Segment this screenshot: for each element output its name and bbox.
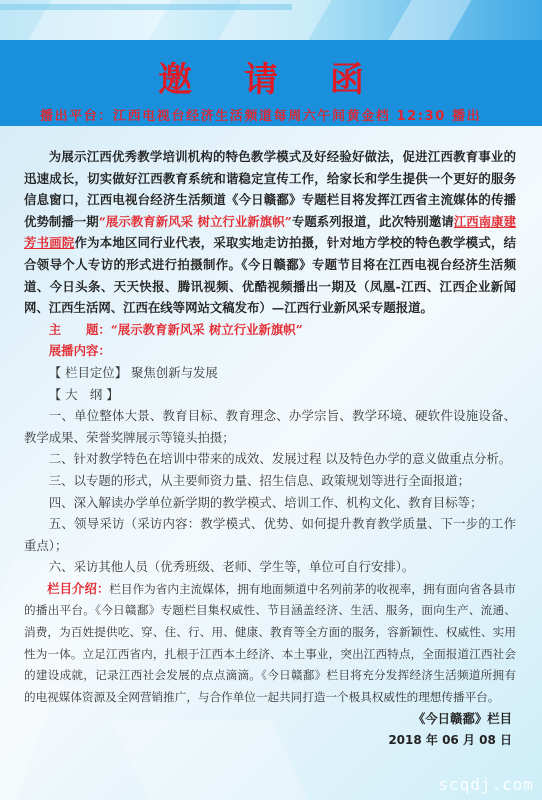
outline-item-2: 二、针对教学特色在培训中带来的成效、发展过程 以及特色办学的意义做重点分析。 xyxy=(24,448,516,470)
outline-item-6: 六、采访其他人员（优秀班级、老师、学生等，单位可自行安排）。 xyxy=(24,556,516,578)
outline-item-5: 五、领导采访（采访内容：教学模式、优势、如何提升教育教学质量、下一步的工作重点）… xyxy=(24,513,516,556)
date: 2018 年 06 月 08 日 xyxy=(24,730,516,752)
header-banner: 邀 请 函 播出平台：江西电视台经济生活频道每周六午间黄金档 12:30 播出 xyxy=(0,40,542,126)
column-intro: 栏目介绍：栏目作为省内主流媒体，拥有地面频道中名列前茅的收视率，拥有面向省各县市… xyxy=(24,578,516,709)
outline-item-4: 四、深入解读办学单位新学期的教学模式、培训工作、机构文化、教育目标等； xyxy=(24,492,516,514)
page-title: 邀 请 函 xyxy=(0,52,542,101)
content-heading: 展播内容： xyxy=(24,340,516,362)
broadcast-platform: 播出平台：江西电视台经济生活频道每周六午间黄金档 12:30 播出 xyxy=(40,105,481,124)
decorative-stripe xyxy=(0,4,292,10)
intro-paragraph: 为展示江西优秀教学培训机构的特色教学模式及好经验好做法，促进江西教育事业的迅速成… xyxy=(24,146,516,319)
theme-label: 主 题： xyxy=(49,322,111,337)
decorative-top-band xyxy=(0,0,542,40)
outline-heading: 【 大 纲 】 xyxy=(24,384,516,406)
column-intro-text: 栏目作为省内主流媒体，拥有地面频道中名列前茅的收视率，拥有面向省各县市的播出平台… xyxy=(24,582,516,704)
outline-item-3: 三、以专题的形式，从主要师资力量、招生信息、政策规划等进行全面报道； xyxy=(24,470,516,492)
intro-text: 作为本地区同行业代表，采取实地走访拍摄，针对地方学校的特色教学模式，结合领导个人… xyxy=(24,235,516,315)
column-intro-label: 栏目介绍： xyxy=(47,581,109,596)
positioning-label: 【 栏目定位】 xyxy=(49,365,127,380)
theme-value: “展示教育新风采 树立行业新旗帜” xyxy=(111,322,303,337)
signature: 《今日赣鄱》栏目 xyxy=(24,708,516,730)
decorative-hexagon xyxy=(388,0,471,40)
positioning-line: 【 栏目定位】 聚焦创新与发展 xyxy=(24,362,516,384)
watermark: scqdj.com xyxy=(438,775,534,794)
outline-item-1: 一、单位整体大景、教育目标、教育理念、办学宗旨、教学环境、硬软件设施设备、教学成… xyxy=(24,405,516,448)
theme-line: 主 题：“展示教育新风采 树立行业新旗帜” xyxy=(24,319,516,341)
positioning-value: 聚焦创新与发展 xyxy=(131,365,218,380)
letter-body: 为展示江西优秀教学培训机构的特色教学模式及好经验好做法，促进江西教育事业的迅速成… xyxy=(24,146,516,752)
intro-text: 专题系列报道，此次特别邀请 xyxy=(292,214,454,229)
theme-highlight: “展示教育新风采 树立行业新旗帜” xyxy=(99,214,292,229)
